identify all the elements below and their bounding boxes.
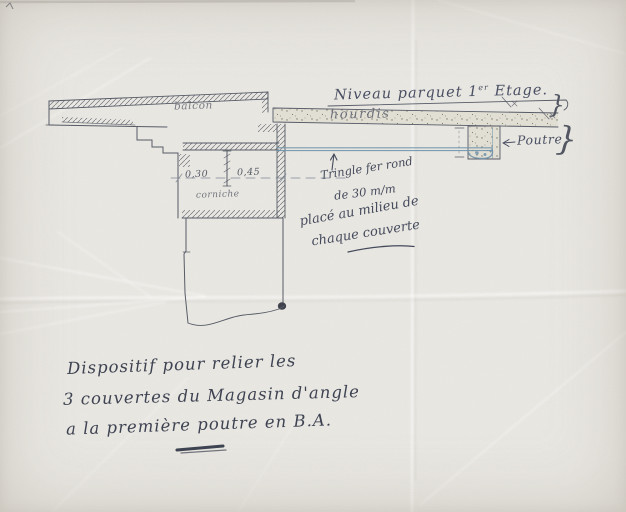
wall-corner-hatch	[258, 124, 277, 132]
poutre-brace: }	[555, 121, 578, 155]
dimension-0-30: 0,30	[185, 169, 209, 181]
hourdis-label: hourdis	[330, 107, 391, 122]
corniche-label: corniche	[196, 190, 240, 201]
scan-edge-smudge	[0, 1, 355, 2]
dimension-0-45: 0,45	[237, 167, 261, 179]
wall-edge-strip	[277, 124, 285, 218]
niveau-text: Niveau parquet 1	[334, 84, 479, 104]
lintel-band	[183, 143, 279, 150]
hourdis-brace: }	[548, 92, 565, 118]
niveau-superscript: er	[478, 83, 489, 92]
balcon-label: balcon	[174, 100, 213, 113]
scanned-technical-drawing: Niveau parquet 1er Etage. hourdis balcon…	[0, 0, 626, 512]
niveau-suffix: Etage.	[489, 82, 549, 99]
